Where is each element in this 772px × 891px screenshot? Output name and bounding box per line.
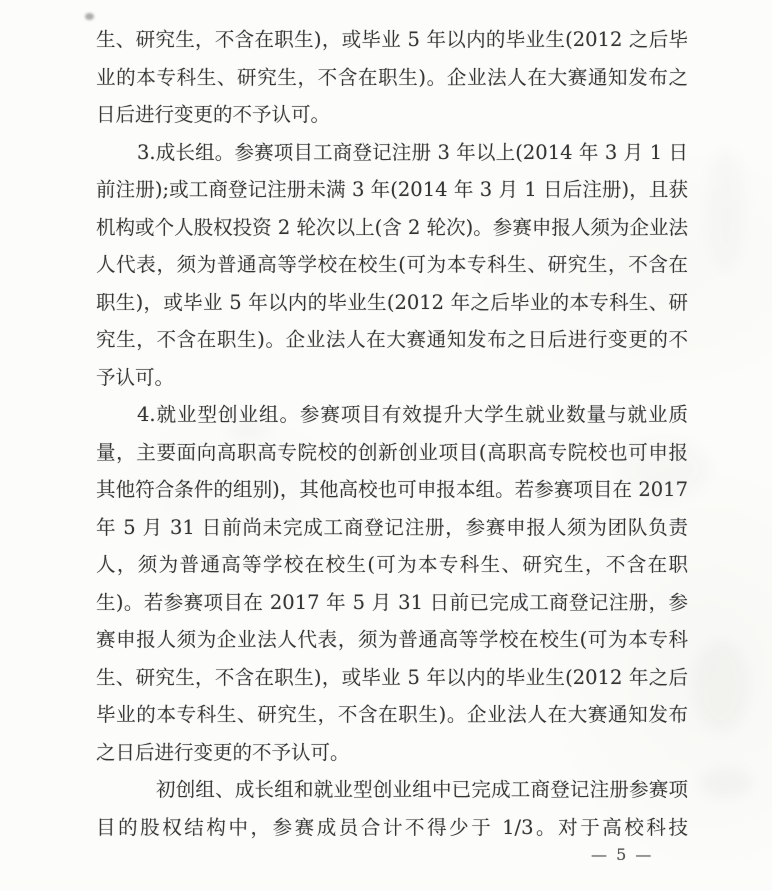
scan-smudge <box>228 420 270 440</box>
paragraph-equity-structure-requirement: 初创组、成长组和就业型创业组中已完成工商登记注册参赛项目的股权结构中，参赛成员合… <box>96 771 688 846</box>
scan-smudge <box>706 150 746 270</box>
scanned-document-page: 生、研究生，不含在职生)，或毕业 5 年以内的毕业生(2012 之后毕业的本专科… <box>0 0 772 891</box>
scan-smudge <box>618 438 710 500</box>
paragraph-item-3-growth-group: 3.成长组。参赛项目工商登记注册 3 年以上(2014 年 3 月 1 日前注册… <box>96 134 688 397</box>
scan-smudge <box>700 768 752 798</box>
scan-smudge <box>692 640 750 732</box>
paragraph-continuation: 生、研究生，不含在职生)，或毕业 5 年以内的毕业生(2012 之后毕业的本专科… <box>96 21 688 134</box>
paragraph-item-4-employment-startup-group: 4.就业型创业组。参赛项目有效提升大学生就业数量与就业质量，主要面向高职高专院校… <box>96 396 688 771</box>
document-body-text: 生、研究生，不含在职生)，或毕业 5 年以内的毕业生(2012 之后毕业的本专科… <box>96 21 688 846</box>
page-number: — 5 — <box>591 845 661 865</box>
scan-speck <box>85 13 94 20</box>
